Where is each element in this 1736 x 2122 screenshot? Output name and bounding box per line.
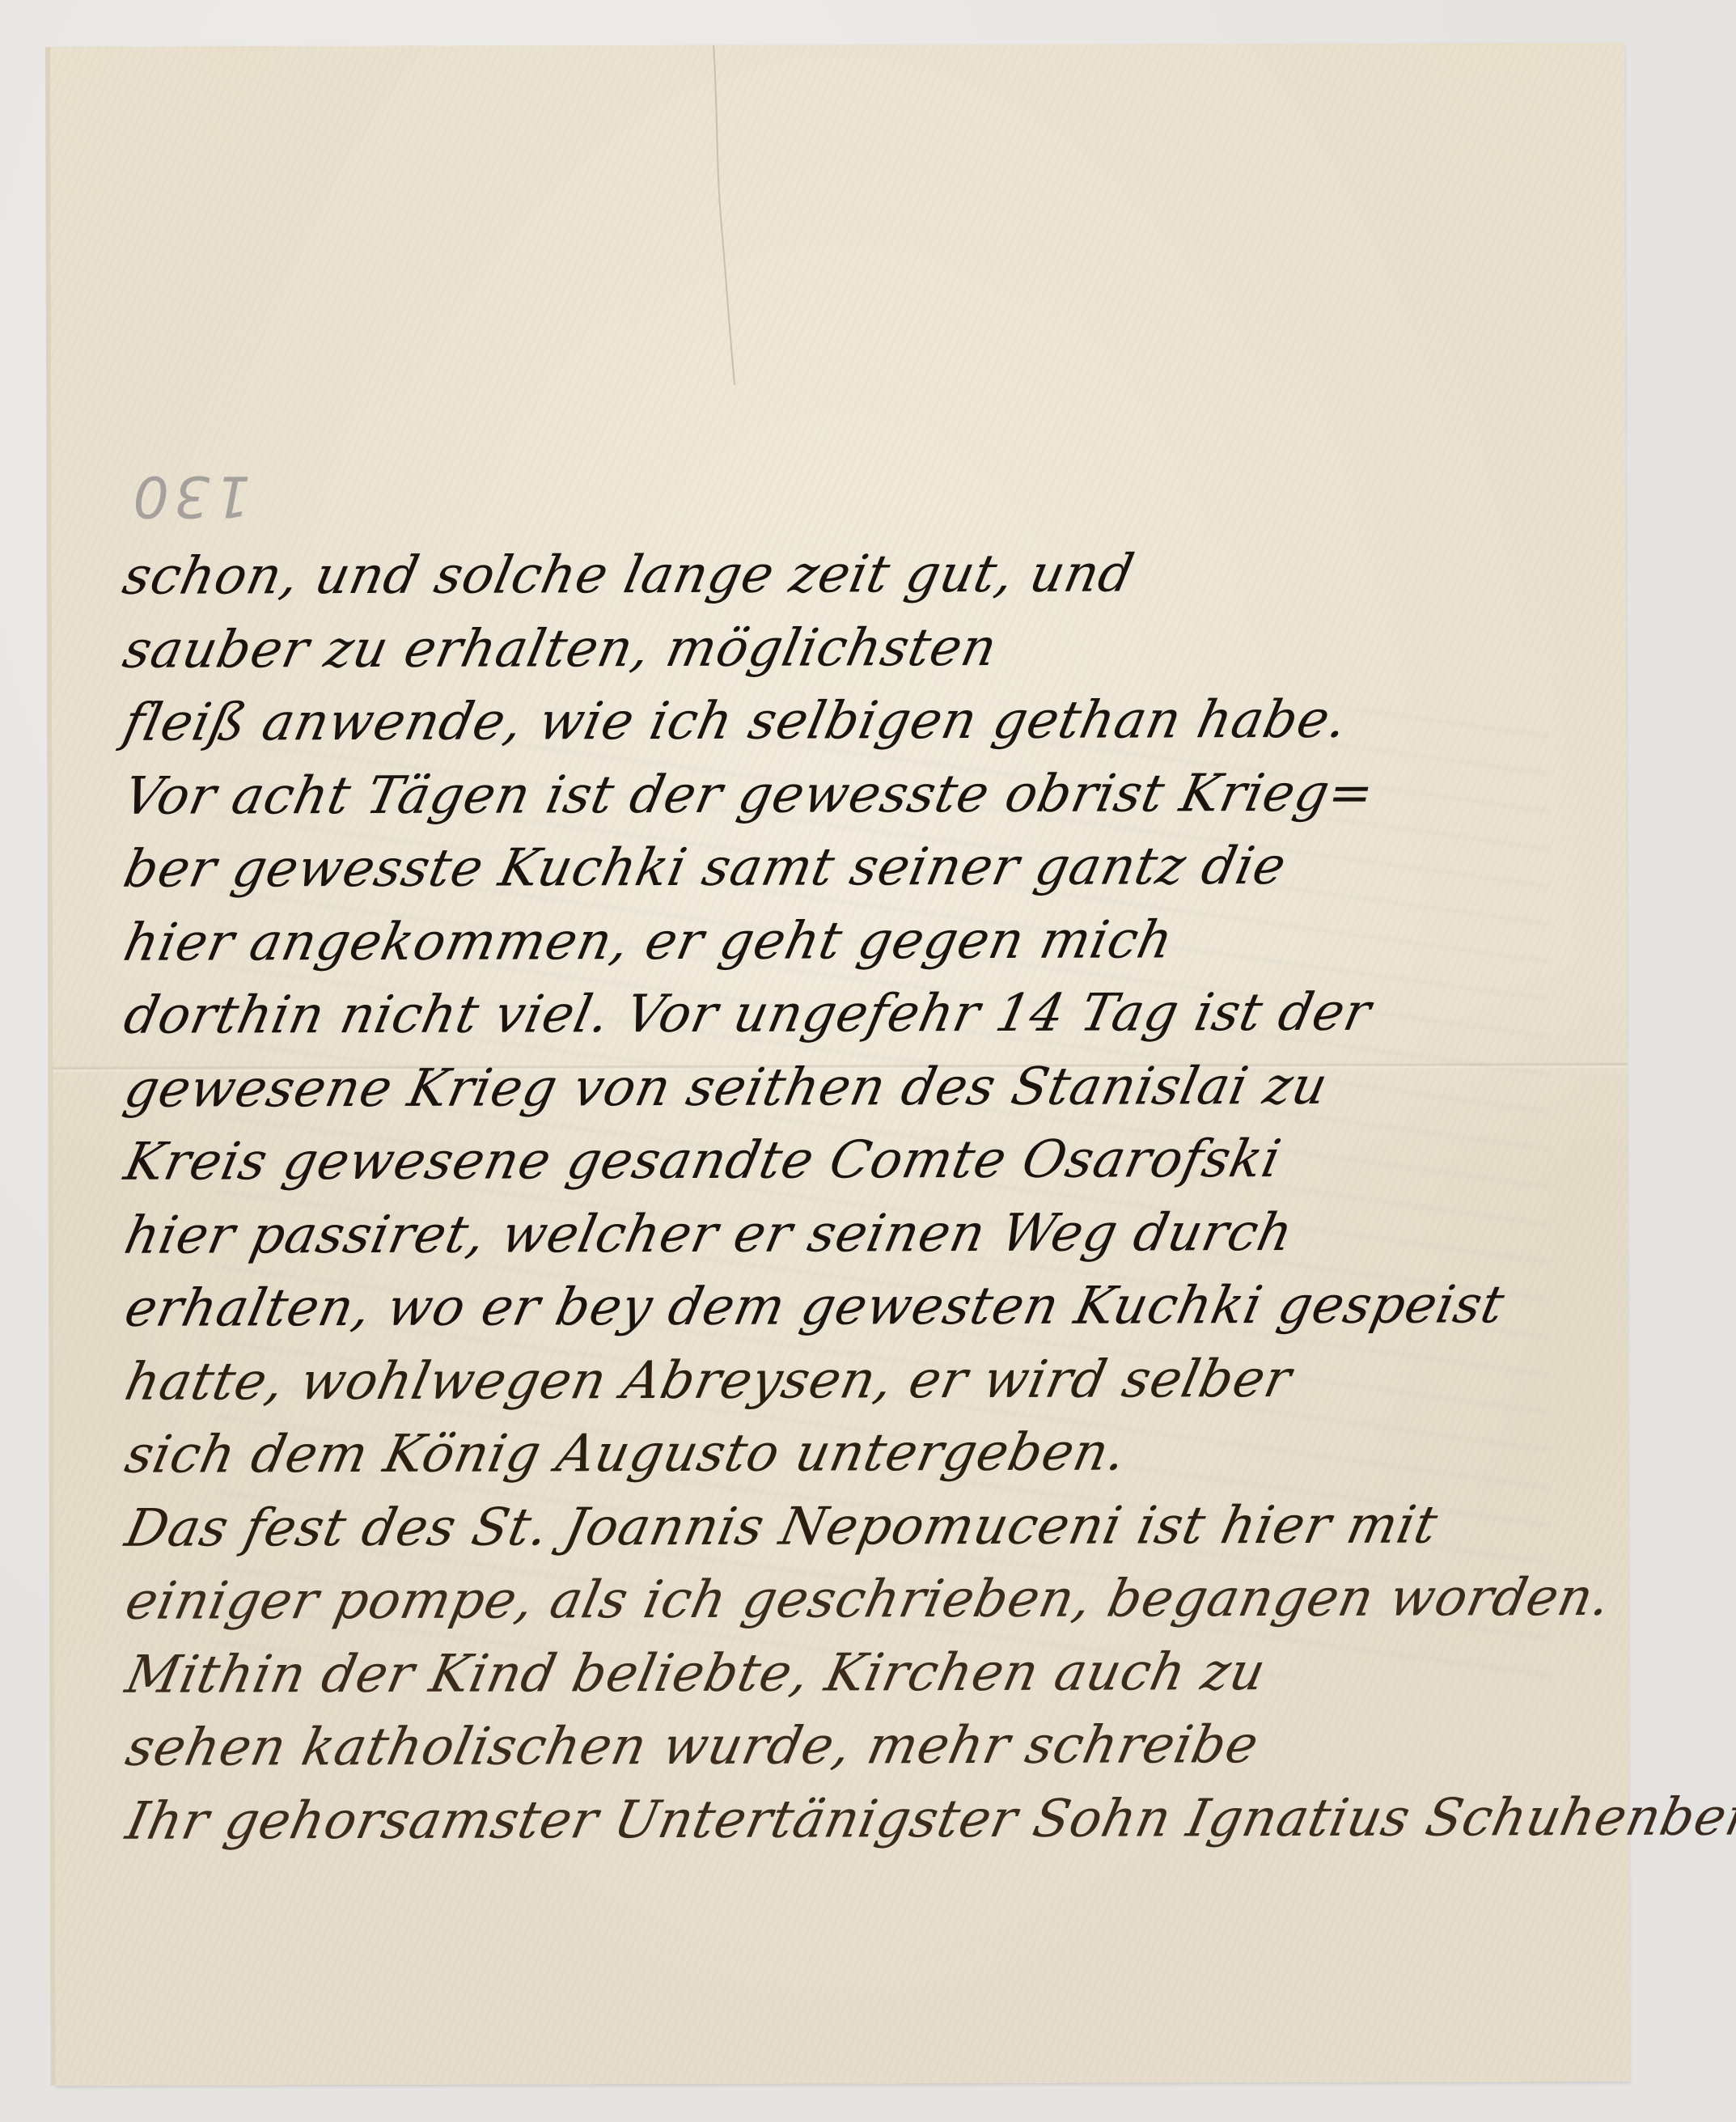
letter-line: Kreis gewesene gesandte Comte Osarofski bbox=[118, 1122, 1654, 1199]
letter-line: gewesene Krieg von seithen des Stanislai… bbox=[117, 1048, 1653, 1125]
letter-line: fleiß anwende, wie ich selbigen gethan h… bbox=[116, 683, 1653, 760]
folio-number: 130 bbox=[128, 463, 251, 529]
paper-crack bbox=[709, 45, 743, 385]
letter-line: Das fest des St. Joannis Nepomuceni ist … bbox=[119, 1488, 1655, 1565]
letter-line: sauber zu erhalten, möglichsten bbox=[116, 609, 1653, 686]
letter-line: erhalten, wo er bey dem gewesten Kuchki … bbox=[118, 1269, 1654, 1345]
letter-line: Vor acht Tägen ist der gewesste obrist K… bbox=[117, 756, 1653, 832]
signature-line: Ihr gehorsamster Untertänigster Sohn Ign… bbox=[120, 1781, 1656, 1857]
letter-line: hier angekommen, er geht gegen mich bbox=[117, 902, 1653, 979]
letter-line: sich dem König Augusto untergeben. bbox=[119, 1415, 1655, 1492]
letter-line: sehen katholischen wurde, mehr schreibe bbox=[120, 1708, 1656, 1785]
letter-line: einiger pompe, als ich geschrieben, bega… bbox=[119, 1561, 1655, 1638]
letter-paper: 130 schon, und solche lange zeit gut, un… bbox=[50, 43, 1630, 2086]
letter-line: Mithin der Kind beliebte, Kirchen auch z… bbox=[119, 1634, 1655, 1711]
letter-line: dorthin nicht viel. Vor ungefehr 14 Tag … bbox=[117, 976, 1653, 1053]
letter-line: ber gewesste Kuchki samt seiner gantz di… bbox=[117, 829, 1653, 906]
letter-line: hatte, wohlwegen Abreysen, er wird selbe… bbox=[118, 1341, 1654, 1418]
letter-body: schon, und solche lange zeit gut, und sa… bbox=[116, 536, 1641, 1858]
letter-line: schon, und solche lange zeit gut, und bbox=[116, 536, 1653, 613]
letter-line: hier passiret, welcher er seinen Weg dur… bbox=[118, 1195, 1654, 1272]
